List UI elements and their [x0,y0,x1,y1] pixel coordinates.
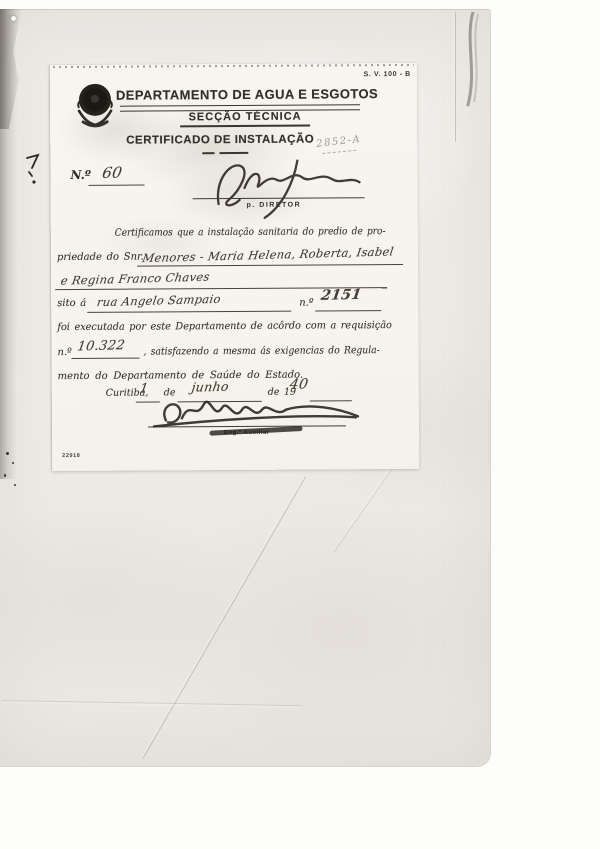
body-line-satisfy: , satisfazendo a mesma ás exigencias do … [143,345,379,357]
speck [12,462,14,464]
address-number-label: n.º [299,298,313,309]
scanned-photo: S. V. 100 - B DEPARTAMENTO DE AGUA E ESG… [0,0,600,849]
number-blank-line [88,185,144,186]
coat-of-arms-icon [74,80,116,134]
certificate-slip: S. V. 100 - B DEPARTAMENTO DE AGUA E ESG… [50,63,419,471]
department-title: DEPARTAMENTO DE AGUA E ESGOTOS [116,86,360,102]
coat-of-arms-graphic [74,80,116,134]
requisition-blank [72,358,140,359]
speck [6,452,9,455]
dateline-year: 40 [288,376,309,393]
owner-label: priedade do Snr. [57,252,144,264]
body-line-closing: mento do Departamento de Saúde do Estado… [58,370,304,382]
address-label: sito á [57,298,86,309]
engineer-signature [150,391,362,442]
certificate-title: CERTIFICADO DE INSTALAÇÃO [120,133,320,146]
speck [4,474,6,477]
body-line-1: Certificamos que a instalação sanitaria … [115,226,386,239]
section-title: SECÇÃO TÉCNICA [180,111,310,128]
page-edge-shadow [0,9,17,479]
margin-ink-mark [24,153,44,189]
crease [455,12,456,142]
print-shop-mark: 22918 [62,453,80,459]
dateline-day: 1 [139,381,150,396]
address-number-blank [315,310,381,311]
owner-names-line-1: Menores - Maria Helena, Roberta, Isabel [141,244,394,265]
corner-curl-shadow [461,12,483,107]
address-value: rua Angelo Sampaio [96,292,222,309]
requisition-label: n.º [57,347,71,358]
owner-names-line-2: e Regina Franco Chaves [60,270,211,288]
pencil-file-number: 2852-A [316,134,362,150]
owner-blank-line-1 [137,264,403,267]
requisition-value: 10.322 [76,338,126,354]
director-caption: p. DIRETOR [247,202,302,209]
punch-hole [11,16,16,21]
certificate-number-value: 60 [101,163,123,182]
speck [14,484,16,486]
body-line-execution: foi executada por este Departamento de a… [57,320,392,333]
director-signature [200,149,370,222]
certificate-number-label: N.º [70,168,90,182]
form-code: S. V. 100 - B [364,71,411,78]
perforation-edge [53,64,414,68]
address-number-value: 2151 [320,287,363,304]
address-blank-line [87,311,291,313]
corner-curl-stroke [461,12,483,107]
